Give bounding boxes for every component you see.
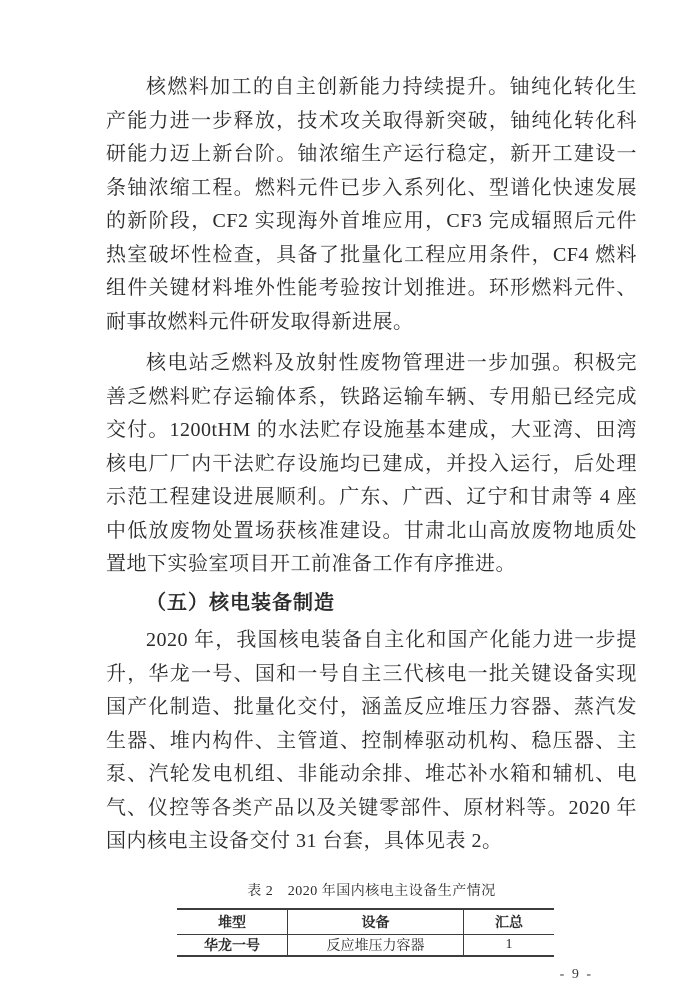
table-header-total: 汇总 [464,909,555,935]
table-header-equipment: 设备 [288,909,464,935]
table-caption: 表 2 2020 年国内核电主设备生产情况 [106,882,637,902]
paragraph-equipment-localization: 2020 年，我国核电装备自主化和国产化能力进一步提升，华龙一号、国和一号自主三… [106,624,637,859]
section-heading-equipment-manufacturing: （五）核电装备制造 [106,587,637,621]
table-row: 华龙一号 反应堆压力容器 1 [177,935,554,957]
table-header-row: 堆型 设备 汇总 [177,909,554,935]
table-cell-reactor-type: 华龙一号 [177,935,288,957]
table-cell-total: 1 [464,935,555,957]
table-header-reactor-type: 堆型 [177,909,288,935]
equipment-production-table: 堆型 设备 汇总 华龙一号 反应堆压力容器 1 [177,908,554,958]
paragraph-nuclear-fuel-processing: 核燃料加工的自主创新能力持续提升。铀纯化转化生产能力进一步释放，技术攻关取得新突… [106,71,637,339]
document-page: 核燃料加工的自主创新能力持续提升。铀纯化转化生产能力进一步释放，技术攻关取得新突… [0,0,700,990]
paragraph-spent-fuel-management: 核电站乏燃料及放射性废物管理进一步加强。积极完善乏燃料贮存运输体系，铁路运输车辆… [106,347,637,582]
table-cell-equipment: 反应堆压力容器 [288,935,464,957]
page-number: - 9 - [560,967,593,982]
page-footer: - 9 - [106,967,637,983]
page-content: 核燃料加工的自主创新能力持续提升。铀纯化转化生产能力进一步释放，技术攻关取得新突… [0,0,700,983]
